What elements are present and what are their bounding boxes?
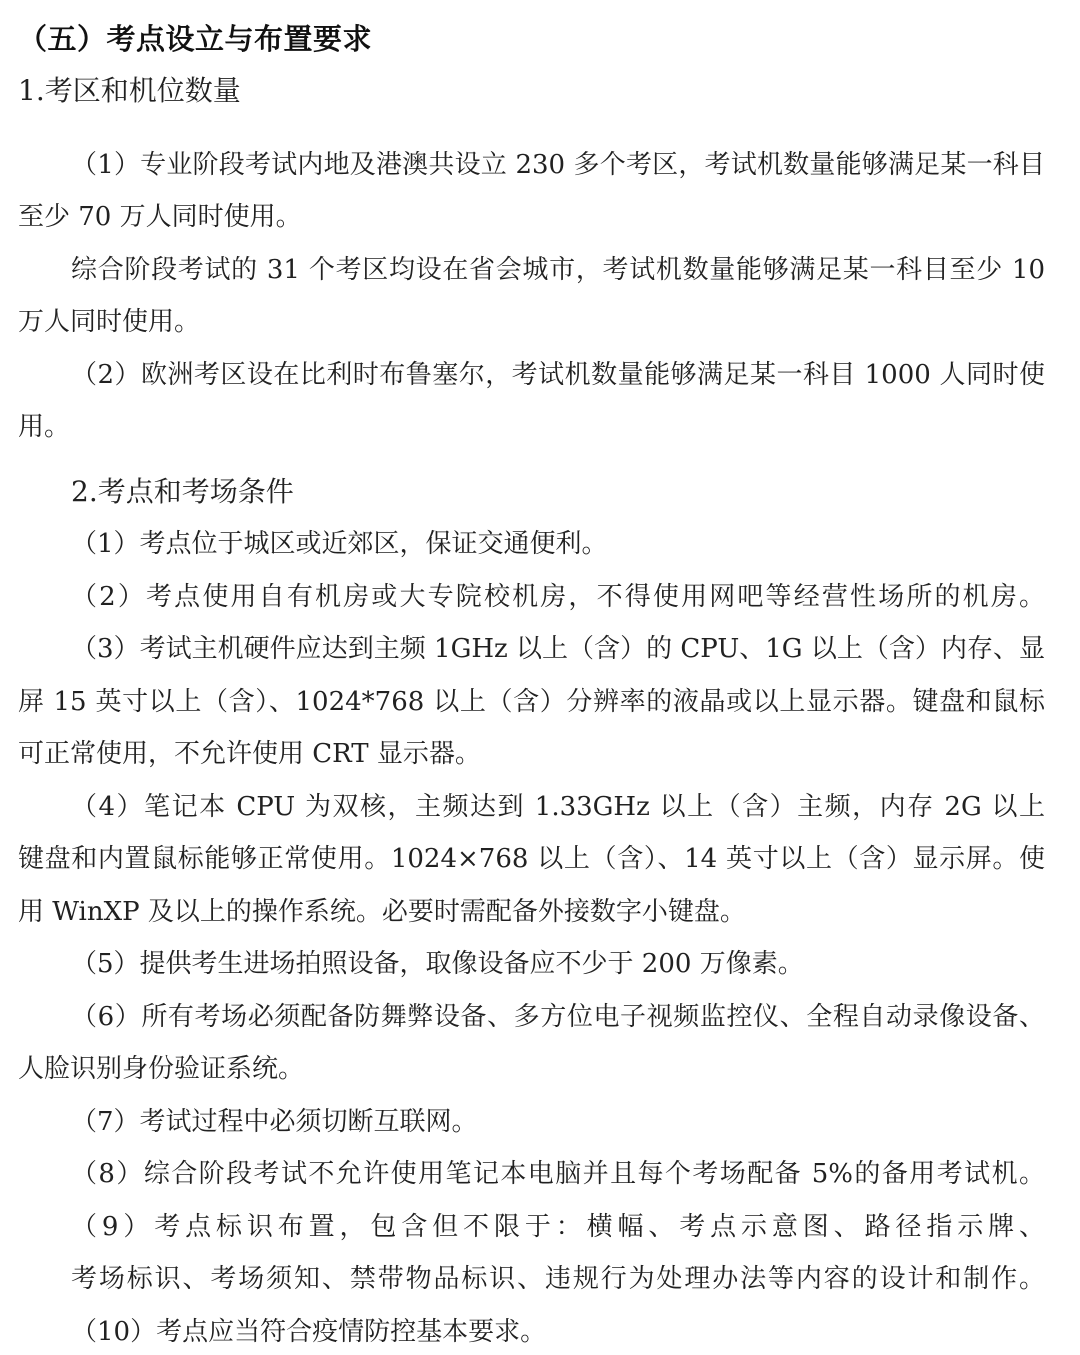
text-line: （1）专业阶段考试内地及港澳共设立 230 多个考区，考试机数量能够满足某一科目 [18,139,1045,192]
document-page: （五）考点设立与布置要求 1.考区和机位数量 （1）专业阶段考试内地及港澳共设立… [0,0,1080,1355]
text-line: 万人同时使用。 [18,296,1045,349]
text-line: （2）考点使用自有机房或大专院校机房，不得使用网吧等经营性场所的机房。 [18,571,1045,624]
text-line: （4）笔记本 CPU 为双核，主频达到 1.33GHz 以上（含）主频，内存 2… [18,781,1045,834]
text-line: （5）提供考生进场拍照设备，取像设备应不少于 200 万像素。 [18,938,1045,991]
text-line: 综合阶段考试的 31 个考区均设在省会城市，考试机数量能够满足某一科目至少 10 [18,244,1045,297]
text-line: （2）欧洲考区设在比利时布鲁塞尔，考试机数量能够满足某一科目 1000 人同时使 [18,349,1045,402]
text-line: （6）所有考场必须配备防舞弊设备、多方位电子视频监控仪、全程自动录像设备、 [18,991,1045,1044]
subsection-heading-exam-zones: 1.考区和机位数量 [18,65,1045,118]
text-line: 考场标识、考场须知、禁带物品标识、违规行为处理办法等内容的设计和制作。 [18,1253,1045,1306]
text-line: （9）考点标识布置，包含但不限于：横幅、考点示意图、路径指示牌、 [18,1201,1045,1254]
text-line: （10）考点应当符合疫情防控基本要求。 [18,1306,1045,1355]
text-line: （8）综合阶段考试不允许使用笔记本电脑并且每个考场配备 5%的备用考试机。 [18,1148,1045,1201]
text-line: 可正常使用，不允许使用 CRT 显示器。 [18,728,1045,781]
section-title: （五）考点设立与布置要求 [18,13,1045,65]
text-line: （7）考试过程中必须切断互联网。 [18,1096,1045,1149]
subsection-heading-site-conditions: 2.考点和考场条件 [18,466,1045,519]
text-line: 用。 [18,401,1045,454]
text-line: （3）考试主机硬件应达到主频 1GHz 以上（含）的 CPU、1G 以上（含）内… [18,623,1045,676]
text-line: 屏 15 英寸以上（含）、1024*768 以上（含）分辨率的液晶或以上显示器。… [18,676,1045,729]
text-line: 人脸识别身份验证系统。 [18,1043,1045,1096]
text-line: 至少 70 万人同时使用。 [18,191,1045,244]
text-line: 用 WinXP 及以上的操作系统。必要时需配备外接数字小键盘。 [18,886,1045,939]
text-line: 键盘和内置鼠标能够正常使用。1024×768 以上（含）、14 英寸以上（含）显… [18,833,1045,886]
text-line: （1）考点位于城区或近郊区，保证交通便利。 [18,518,1045,571]
